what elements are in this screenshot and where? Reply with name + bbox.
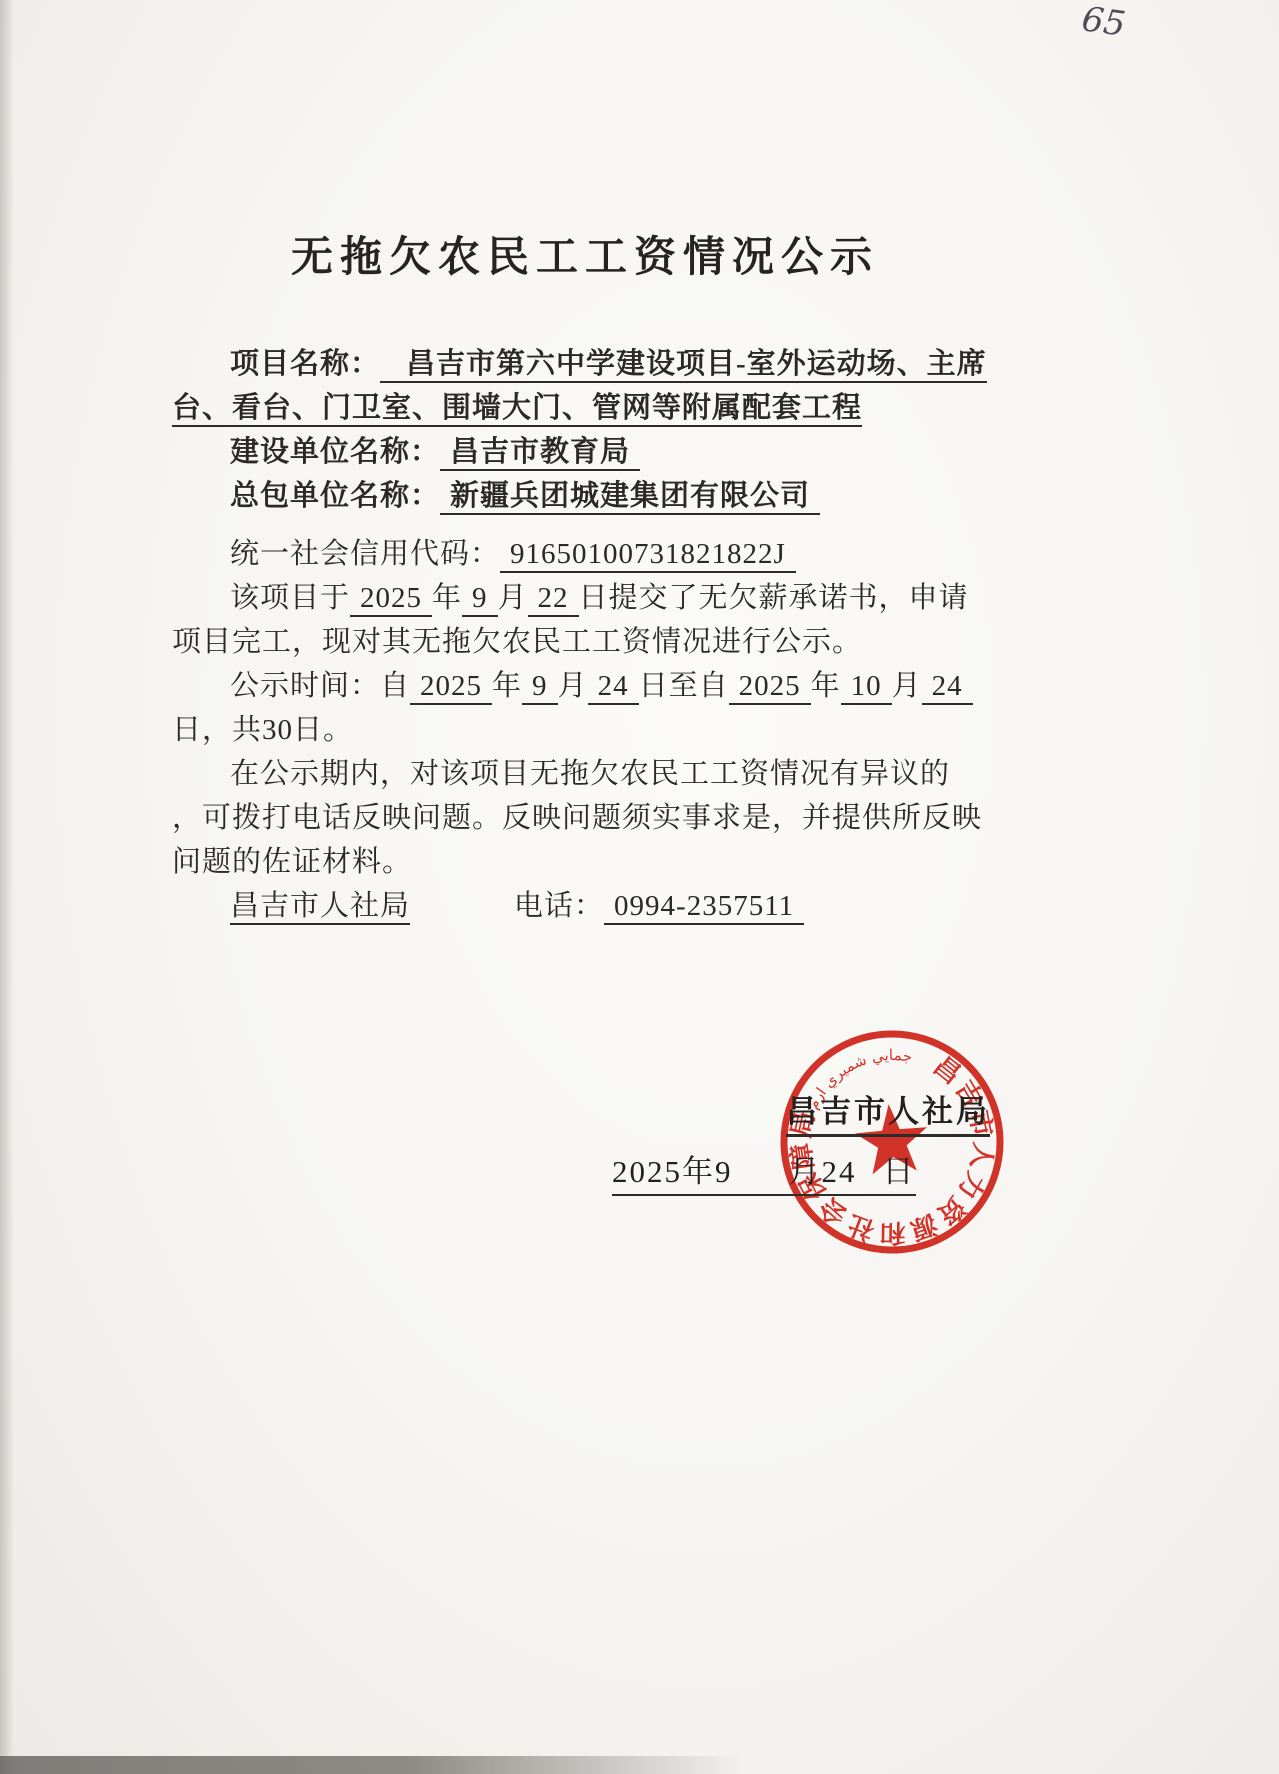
publicity-label: 公示时间： [230, 670, 380, 702]
contact-line: 昌吉市人社局电话：0994-2357511 [172, 884, 998, 928]
contact-agency: 昌吉市人社局 [230, 890, 410, 925]
publicity-from-day: 24 [588, 670, 639, 705]
signature-date-part2: 月24 [789, 1154, 857, 1189]
signature-date-part1: 2025年9 [612, 1154, 733, 1189]
submission-day: 22 [528, 582, 579, 617]
builder-value: 昌吉市教育局 [440, 436, 640, 471]
publicity-to-day: 24 [922, 670, 973, 705]
submission-suffix: 日提交了无欠薪承诺书，申请 [579, 582, 969, 614]
phone-label: 电话： [514, 890, 604, 922]
contractor-value: 新疆兵团城建集团有限公司 [440, 480, 820, 515]
credit-code-line: 统一社会信用代码：91650100731821822J [172, 532, 998, 576]
signature-date-suffix: 日 [883, 1154, 916, 1189]
project-label: 项目名称： [230, 348, 380, 380]
month-char: 月 [498, 582, 528, 614]
contractor-label: 总包单位名称： [230, 480, 440, 512]
project-name-line1: 项目名称：昌吉市第六中学建设项目-室外运动场、主席 [172, 342, 998, 386]
publicity-from-month: 9 [522, 670, 558, 705]
submission-line1: 该项目于2025年9月22日提交了无欠薪承诺书，申请 [172, 576, 998, 620]
contractor-line: 总包单位名称：新疆兵团城建集团有限公司 [172, 474, 998, 518]
submission-year: 2025 [350, 582, 432, 617]
builder-line: 建设单位名称：昌吉市教育局 [172, 430, 998, 474]
scan-bottom-shadow [0, 1756, 742, 1774]
year-char: 年 [492, 670, 522, 702]
notice-document: 无拖欠农民工工资情况公示 项目名称：昌吉市第六中学建设项目-室外运动场、主席 台… [172, 236, 998, 928]
month-char: 月 [892, 670, 922, 702]
publicity-to-month: 10 [841, 670, 892, 705]
signature-agency: 昌吉市人社局 [786, 1086, 990, 1137]
publicity-mid: 日至自 [639, 670, 729, 702]
publicity-line2: 日，共30日。 [172, 708, 998, 752]
publicity-line1: 公示时间：自2025年9月24日至自2025年10月24 [172, 664, 998, 708]
official-stamp: 昌吉市人力资源和社会保障局 جمايي شميري ارم [755, 1005, 1028, 1278]
publicity-from-prefix: 自 [380, 670, 410, 702]
stamp-graphic: 昌吉市人力资源和社会保障局 جمايي شميري ارم [755, 1005, 1028, 1278]
objection-line2: ，可拨打电话反映问题。反映问题须实事求是，并提供所反映 [172, 796, 998, 840]
objection-line1: 在公示期内，对该项目无拖欠农民工工资情况有异议的 [172, 752, 998, 796]
project-value-line2: 台、看台、门卫室、围墙大门、管网等附属配套工程 [172, 392, 862, 427]
builder-label: 建设单位名称： [230, 436, 440, 468]
project-value-line1: 昌吉市第六中学建设项目-室外运动场、主席 [380, 348, 987, 383]
project-name-line2: 台、看台、门卫室、围墙大门、管网等附属配套工程 [172, 386, 998, 430]
objection-line3: 问题的佐证材料。 [172, 840, 998, 884]
handwritten-page-number: 65 [1079, 0, 1127, 45]
document-title: 无拖欠农民工工资情况公示 [172, 236, 998, 280]
month-char: 月 [558, 670, 588, 702]
year-char: 年 [811, 670, 841, 702]
scan-edge-shade [0, 0, 14, 1774]
submission-line2: 项目完工，现对其无拖欠农民工工资情况进行公示。 [172, 620, 998, 664]
phone-number: 0994-2357511 [604, 890, 804, 925]
signature-date: 2025年9月24日 [612, 1146, 916, 1196]
publicity-to-year: 2025 [729, 670, 811, 705]
credit-code-value: 91650100731821822J [500, 538, 796, 573]
credit-code-label: 统一社会信用代码： [230, 538, 500, 570]
publicity-from-year: 2025 [410, 670, 492, 705]
submission-prefix: 该项目于 [230, 582, 350, 614]
year-char: 年 [432, 582, 462, 614]
submission-month: 9 [462, 582, 498, 617]
scanned-notice-page: 65 无拖欠农民工工资情况公示 项目名称：昌吉市第六中学建设项目-室外运动场、主… [0, 0, 1279, 1774]
